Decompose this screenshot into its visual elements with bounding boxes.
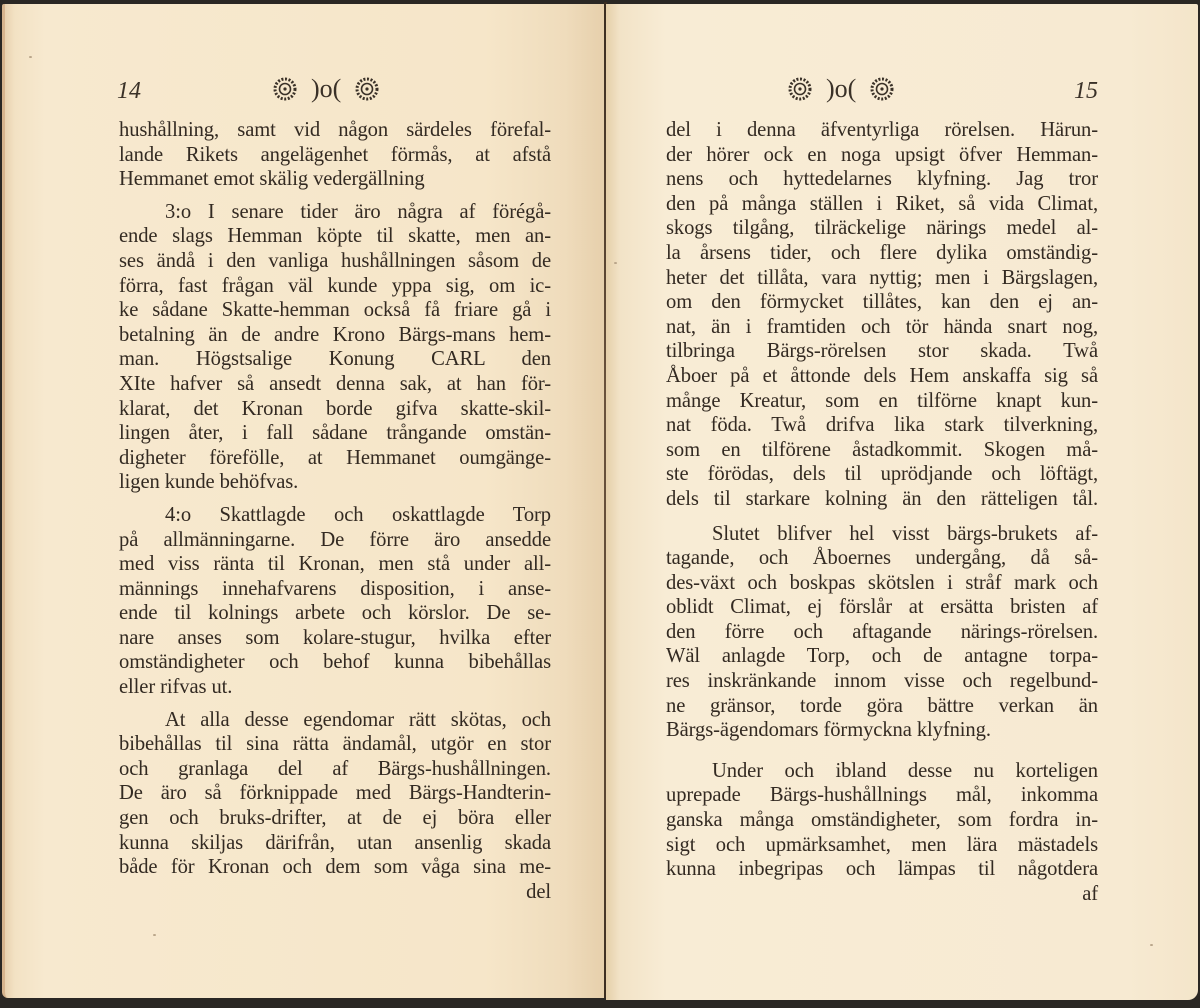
- text-line: på allmänningarne. De förre äro ansedde: [119, 528, 551, 553]
- text-line: lande Rikets angelägenhet förmås, at afs…: [119, 143, 551, 168]
- text-line: skogs tilgång, tilräckelige närings mede…: [666, 216, 1098, 241]
- text-line: ende til kolnings arbete och körslor. De…: [119, 601, 551, 626]
- paragraph: At alla desse egendomar rätt skötas, och…: [119, 708, 551, 880]
- text-line: Bärgs-ägendomars förmyckna klyfning.: [666, 718, 1098, 743]
- page-number: 15: [1074, 78, 1098, 105]
- text-line: der hörer ock en noga upsigt öfver Hemma…: [666, 143, 1098, 168]
- text-line: At alla desse egendomar rätt skötas, och: [119, 708, 551, 733]
- text-line: Wäl anlagde Torp, och de antagne torpa-: [666, 644, 1098, 669]
- text-line: männings innehafvarens disposition, i an…: [119, 577, 551, 602]
- left-page: 14 )o( hushållning, samt vid någon särde…: [2, 4, 606, 998]
- catchword: del: [119, 880, 551, 905]
- text-line: ste förödas, dels til uprödjande och löf…: [666, 462, 1098, 487]
- ornament-text: )o(: [826, 76, 856, 102]
- text-line: oblidt Climat, ej förslår at ersätta bri…: [666, 595, 1098, 620]
- text-line: Hemmanet emot skälig vedergällning: [119, 167, 551, 192]
- text-line: tagande, och Åboernes undergång, då så-: [666, 546, 1098, 571]
- rosette-icon: [273, 77, 297, 101]
- text-line: månge Kreatur, som en tilförne knapt kun…: [666, 389, 1098, 414]
- text-line: ses ändå i den vanliga hushållningen sås…: [119, 249, 551, 274]
- paper-speck: [153, 934, 156, 936]
- paper-speck: [614, 262, 617, 264]
- rosette-icon: [788, 77, 812, 101]
- text-line: res inskränkande innom visse och regelbu…: [666, 669, 1098, 694]
- text-line: ke sådane Skatte-hemman också få friare …: [119, 298, 551, 323]
- body-text: hushållning, samt vid någon särdeles för…: [119, 118, 551, 904]
- text-line: lingen åter, i fall sådane trångande oms…: [119, 421, 551, 446]
- body-text: del i denna äfventyrliga rörelsen. Härun…: [666, 118, 1098, 906]
- text-line: uprepade Bärgs-hushållnings mål, inkomma: [666, 783, 1098, 808]
- paper-speck: [29, 56, 32, 58]
- text-line: kunna skiljas därifrån, utan ansenlig sk…: [119, 831, 551, 856]
- text-line: betalning än de andre Krono Bärgs-mans h…: [119, 323, 551, 348]
- text-line: som en tilförene åstadkommit. Skogen må-: [666, 438, 1098, 463]
- running-head-right: )o( 15: [648, 76, 1098, 112]
- paragraph: Under och ibland desse nu korteligen upr…: [666, 759, 1098, 882]
- text-line: den förre och aftagande närings-rörelsen…: [666, 620, 1098, 645]
- text-line: ende slags Hemman köpte til skatte, men …: [119, 224, 551, 249]
- right-page: )o( 15 del i denna äfventyrliga rörelsen…: [606, 4, 1198, 1000]
- text-line: hushållning, samt vid någon särdeles för…: [119, 118, 551, 143]
- text-line: gen och bruks-drifter, at de ej böra ell…: [119, 806, 551, 831]
- catchword: af: [666, 882, 1098, 907]
- page-number: 14: [117, 78, 141, 105]
- text-line: tilbringa Bärgs-rörelsen stor skada. Twå: [666, 339, 1098, 364]
- text-line: nat, än i framtiden och tör hända snart …: [666, 315, 1098, 340]
- text-line: del i denna äfventyrliga rörelsen. Härun…: [666, 118, 1098, 143]
- text-line: den på många ställen i Riket, så vida Cl…: [666, 192, 1098, 217]
- text-line: Åboer på et åttonde dels Hem anskaffa si…: [666, 364, 1098, 389]
- text-line: nare anses som kolare-stugur, hvilka eft…: [119, 626, 551, 651]
- text-line: nat föda. Twå drifva lika stark tilverkn…: [666, 413, 1098, 438]
- text-line: man. Högstsalige Konung CARL den: [119, 347, 551, 372]
- text-line: omständigheter och behof kunna bibehålla…: [119, 650, 551, 675]
- text-line: Slutet blifver hel visst bärgs-brukets a…: [666, 522, 1098, 547]
- rosette-icon: [870, 77, 894, 101]
- text-line: om den förmycket tillåtes, kan den ej an…: [666, 290, 1098, 315]
- text-line: des-växt och boskpas skötslen i stråf ma…: [666, 571, 1098, 596]
- text-line: heter det tillåta, vara nyttig; men i Bä…: [666, 266, 1098, 291]
- ornament-group: )o(: [788, 76, 894, 102]
- running-head-left: 14 )o(: [113, 76, 553, 112]
- text-line: förra, fast frågan väl kunde yppa sig, o…: [119, 274, 551, 299]
- text-line: ligen kunde behöfvas.: [119, 470, 551, 495]
- text-line: sigt och upmärksamhet, men lära mästadel…: [666, 833, 1098, 858]
- text-line: med viss ränta til Kronan, men stå under…: [119, 552, 551, 577]
- text-line: både för Kronan och dem som våga sina me…: [119, 855, 551, 880]
- paragraph: Slutet blifver hel visst bärgs-brukets a…: [666, 522, 1098, 743]
- paragraph: 3:o I senare tider äro några af förégå- …: [119, 200, 551, 495]
- text-line: bibehållas til sina rätta ändamål, utgör…: [119, 732, 551, 757]
- paper-speck: [1150, 944, 1153, 946]
- ornament-group: )o(: [273, 76, 379, 102]
- text-line: la årsens tider, och flere dylika omstän…: [666, 241, 1098, 266]
- paragraph: del i denna äfventyrliga rörelsen. Härun…: [666, 118, 1098, 512]
- rosette-icon: [355, 77, 379, 101]
- text-line: nens och hyttedelarnes klyfning. Jag tro…: [666, 167, 1098, 192]
- text-line: Under och ibland desse nu korteligen: [666, 759, 1098, 784]
- text-line: XIte hafver så ansedt denna sak, at han …: [119, 372, 551, 397]
- text-line: dels til starkare kolning än den rätteli…: [666, 487, 1098, 512]
- text-line: och granlaga del af Bärgs-hushållningen.: [119, 757, 551, 782]
- text-line: eller rifvas ut.: [119, 675, 551, 700]
- ornament-text: )o(: [311, 76, 341, 102]
- text-line: ne gränsor, torde göra bättre verkan än: [666, 694, 1098, 719]
- text-line: klarat, det Kronan borde gifva skatte-sk…: [119, 397, 551, 422]
- open-book-spread: 14 )o( hushållning, samt vid någon särde…: [0, 0, 1200, 1008]
- text-line: 4:o Skattlagde och oskattlagde Torp: [119, 503, 551, 528]
- text-line: De äro så förknippade med Bärgs-Handteri…: [119, 781, 551, 806]
- text-line: ganska många omständigheter, som fordra …: [666, 808, 1098, 833]
- paragraph: 4:o Skattlagde och oskattlagde Torp på a…: [119, 503, 551, 700]
- paragraph: hushållning, samt vid någon särdeles för…: [119, 118, 551, 192]
- text-line: 3:o I senare tider äro några af förégå-: [119, 200, 551, 225]
- text-line: digheter förefölle, at Hemmanet oumgänge…: [119, 446, 551, 471]
- text-line: kunna inbegripas och lämpas til någotder…: [666, 857, 1098, 882]
